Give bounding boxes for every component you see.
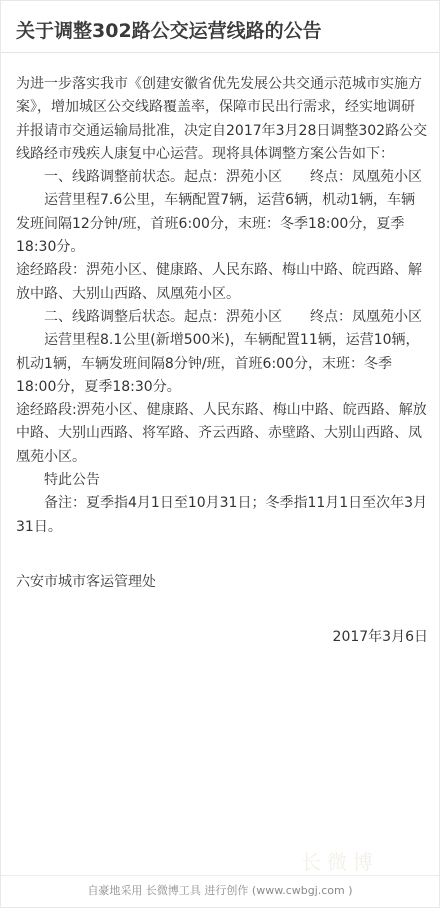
spacer bbox=[16, 594, 428, 626]
footer-credit: 自豪地采用 长微博工具 进行创作 (www.cwbgj.com ) bbox=[1, 875, 439, 907]
after-route: 途经路段:淠苑小区、健康路、人民东路、梅山中路、皖西路、解放中路、大别山西路、将… bbox=[16, 399, 428, 469]
closing-statement: 特此公告 bbox=[16, 469, 428, 492]
after-operation: 运营里程8.1公里(新增500米)，车辆配置11辆，运营10辆，机动1辆，车辆发… bbox=[16, 329, 428, 399]
before-heading: 一、线路调整前状态。起点：淠苑小区 终点：凤凰苑小区 bbox=[16, 166, 428, 189]
before-operation: 运营里程7.6公里，车辆配置7辆，运营6辆，机动1辆，车辆发班间隔12分钟/班，… bbox=[16, 189, 428, 259]
issuer: 六安市城市客运管理处 bbox=[16, 571, 428, 594]
header: 关于调整302路公交运营线路的公告 bbox=[1, 1, 439, 53]
season-note: 备注：夏季指4月1日至10月31日；冬季指11月1日至次年3月31日。 bbox=[16, 492, 428, 539]
watermark: 长微博 bbox=[301, 846, 431, 876]
page-frame: 关于调整302路公交运营线路的公告 为进一步落实我市《创建安徽省优先发展公共交通… bbox=[0, 0, 440, 908]
spacer bbox=[16, 539, 428, 571]
intro-paragraph: 为进一步落实我市《创建安徽省优先发展公共交通示范城市实施方案》，增加城区公交线路… bbox=[16, 73, 428, 166]
page-title: 关于调整302路公交运营线路的公告 bbox=[16, 16, 322, 43]
article-body: 为进一步落实我市《创建安徽省优先发展公共交通示范城市实施方案》，增加城区公交线路… bbox=[16, 73, 428, 650]
before-route: 途经路段：淠苑小区、健康路、人民东路、梅山中路、皖西路、解放中路、大别山西路、凤… bbox=[16, 259, 428, 306]
after-heading: 二、线路调整后状态。起点：淠苑小区 终点：凤凰苑小区 bbox=[16, 306, 428, 329]
issue-date: 2017年3月6日 bbox=[16, 626, 428, 649]
